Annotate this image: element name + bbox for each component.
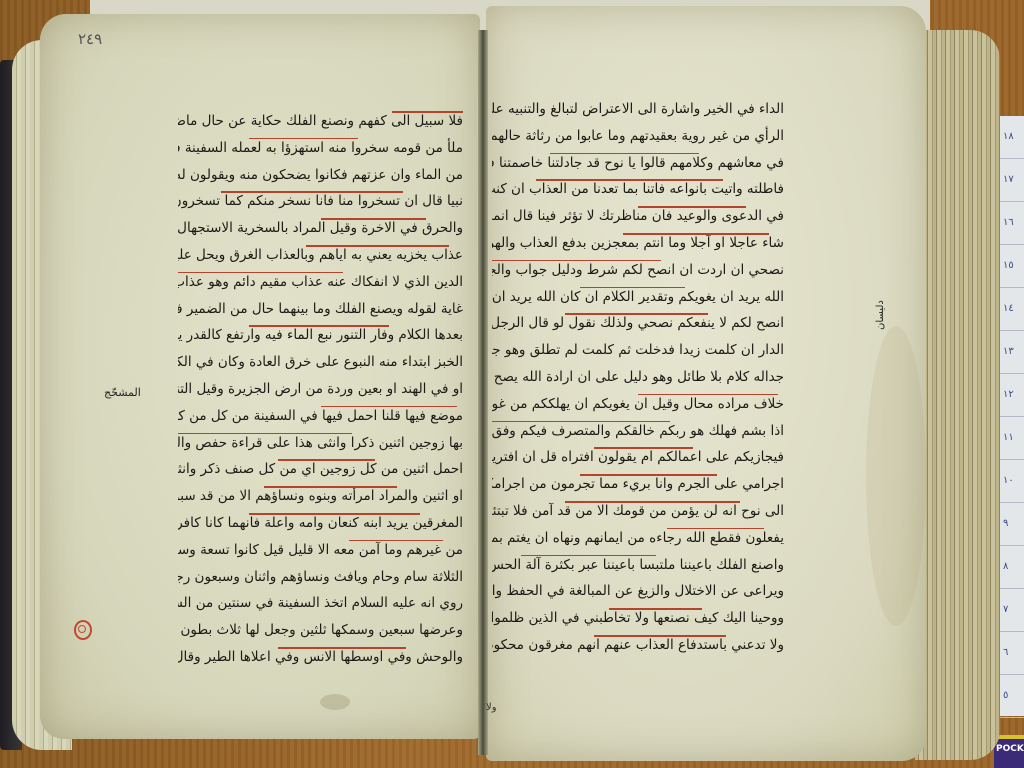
manuscript-line: غاية لقوله ويصنع الفلك وما بينهما حال من… <box>178 296 463 323</box>
index-card-entry: ١٠ <box>997 460 1024 503</box>
manuscript-line: ولا تدعني باستدفاع العذاب عنهم انهم مغرق… <box>492 632 784 659</box>
left-text-block: فلا سبيل الى كفهم ونصنع الفلك حكاية عن ح… <box>178 108 463 671</box>
index-card-entry: ١٢ <box>997 374 1024 417</box>
manuscript-line: فاطلته واتيت بانواعه فاتنا بما تعدنا من … <box>492 176 784 203</box>
manuscript-line: ووحينا اليك كيف نصنعها ولا تخاطبني في ال… <box>492 605 784 632</box>
manuscript-line: الخبز ابتداء منه النبوع على خرق العادة و… <box>178 349 463 376</box>
index-card-entry: ٨ <box>997 546 1024 589</box>
right-page-stack <box>915 30 1000 760</box>
manuscript-line: اجرامي على الجرم وانا بريء مما تجرمون من… <box>492 471 784 498</box>
margin-note-left: المشحّج <box>104 386 141 399</box>
index-card-entry: ٦ <box>997 632 1024 675</box>
manuscript-line: خلاف مراده محال وقيل ان يغويكم ان يهلككم… <box>492 391 784 418</box>
margin-note-right: دليسان <box>875 300 886 330</box>
manuscript-line: روي انه عليه السلام اتخذ السفينة في سنتي… <box>178 590 463 617</box>
index-card-entry: ١٦ <box>997 202 1024 245</box>
manuscript-line: الرأي من غير روية بعقيدتهم وما عابوا من … <box>492 123 784 150</box>
manuscript-line: من غيرهم وما آمن معه الا قليل قيل كانوا … <box>178 537 463 564</box>
index-card-entry: ١١ <box>997 417 1024 460</box>
manuscript-line: او في الهند او بعين وردة من ارض الجزيرة … <box>178 376 463 403</box>
manuscript-line: واصنع الفلك باعيننا ملتبسا باعيننا عبر ب… <box>492 552 784 579</box>
manuscript-line: والحرق في الاخرة وقيل المراد بالسخرية ال… <box>178 215 463 242</box>
right-text-block: الداء في الخير واشارة الى الاعتراض لتبال… <box>492 96 784 659</box>
index-card-entry: ٥ <box>997 675 1024 718</box>
manuscript-line: ملأ من قومه سخروا منه استهزؤا به لعمله ا… <box>178 135 463 162</box>
manuscript-line: الى نوح انه لن يؤمن من قومك الا من قد آم… <box>492 498 784 525</box>
manuscript-line: الله يريد ان يغويكم وتقدير الكلام ان كان… <box>492 284 784 311</box>
manuscript-line: الدين الذي لا انفكاك عنه عذاب مقيم دائم … <box>178 269 463 296</box>
index-card-entry: ١٥ <box>997 245 1024 288</box>
manuscript-line: والوحش وفي اوسطها الانس وفي اعلاها الطير… <box>178 644 463 671</box>
manuscript-line: في معاشهم وكلامهم قالوا يا نوح قد جادلتن… <box>492 150 784 177</box>
manuscript-line: بها زوجين اثنين ذكرا وانثى هذا على قراءة… <box>178 430 463 457</box>
manuscript-line: شاء عاجلا او آجلا وما انتم بمعجزين بدفع … <box>492 230 784 257</box>
manuscript-line: فيجازيكم على اعمالكم ام يقولون افتراه قل… <box>492 444 784 471</box>
manuscript-line: عذاب يخزيه يعني به اياهم وبالعذاب الغرق … <box>178 242 463 269</box>
seal-icon <box>74 620 92 640</box>
manuscript-line: احمل اثنين من كل زوجين اي من كل صنف ذكر … <box>178 456 463 483</box>
index-card-entry: ١٤ <box>997 288 1024 331</box>
manuscript-line: او اثنين والمراد امرأته وبنوه ونساؤهم ال… <box>178 483 463 510</box>
catchword: ولا <box>486 702 497 713</box>
folio-number: ٢٤٩ <box>78 30 102 48</box>
manuscript-line: الداء في الخير واشارة الى الاعتراض لتبال… <box>492 96 784 123</box>
manuscript-line: جداله كلام بلا طائل وهو دليل على ان اراد… <box>492 364 784 391</box>
manuscript-line: فلا سبيل الى كفهم ونصنع الفلك حكاية عن ح… <box>178 108 463 135</box>
manuscript-line: بعدها الكلام وفار التنور نبع الماء فيه و… <box>178 322 463 349</box>
manuscript-line: الثلاثة سام وحام ويافث ونساؤهم واثنان وس… <box>178 564 463 591</box>
manuscript-line: يفعلون فقطع الله رجاءه من ايمانهم ونهاه … <box>492 525 784 552</box>
manuscript-line: اذا بشم فهلك هو ربكم خالقكم والمتصرف فيك… <box>492 418 784 445</box>
index-card-entry: ٩ <box>997 503 1024 546</box>
index-card: ١٨١٧١٦١٥١٤١٣١٢١١١٠٩٨٧٦٥ <box>996 116 1024 716</box>
index-card-entry: ٧ <box>997 589 1024 632</box>
index-card-entry: ١٧ <box>997 159 1024 202</box>
product-label: POCK <box>994 735 1024 768</box>
manuscript-line: نبيا قال ان تسخروا منا فانا نسخر منكم كم… <box>178 188 463 215</box>
manuscript-line: وعرضها سبعين وسمكها ثلثين وجعل لها ثلاث … <box>178 617 463 644</box>
stain <box>320 694 350 710</box>
manuscript-line: ويراعى عن الاختلال والزيغ عن المبالغة في… <box>492 578 784 605</box>
manuscript-line: من الماء وان عزتهم فكانوا يضحكون منه ويق… <box>178 162 463 189</box>
manuscript-line: الدار ان كلمت زيدا فدخلت ثم كلمت لم تطلق… <box>492 337 784 364</box>
manuscript-line: في الدعوى والوعيد فان مناظرتك لا تؤثر في… <box>492 203 784 230</box>
manuscript-line: نصحي ان اردت ان انصح لكم شرط ودليل جواب … <box>492 257 784 284</box>
manuscript-line: المغرقين يريد ابنه كنعان وامه واعلة فانه… <box>178 510 463 537</box>
index-card-entry: ١٨ <box>997 116 1024 159</box>
book-gutter <box>478 30 488 755</box>
stain <box>866 326 926 626</box>
manuscript-line: انصح لكم لا ينفعكم نصحي ولذلك نقول لو قا… <box>492 310 784 337</box>
manuscript-line: موضع فيها قلنا احمل فيها في السفينة من ك… <box>178 403 463 430</box>
index-card-entry: ١٣ <box>997 331 1024 374</box>
